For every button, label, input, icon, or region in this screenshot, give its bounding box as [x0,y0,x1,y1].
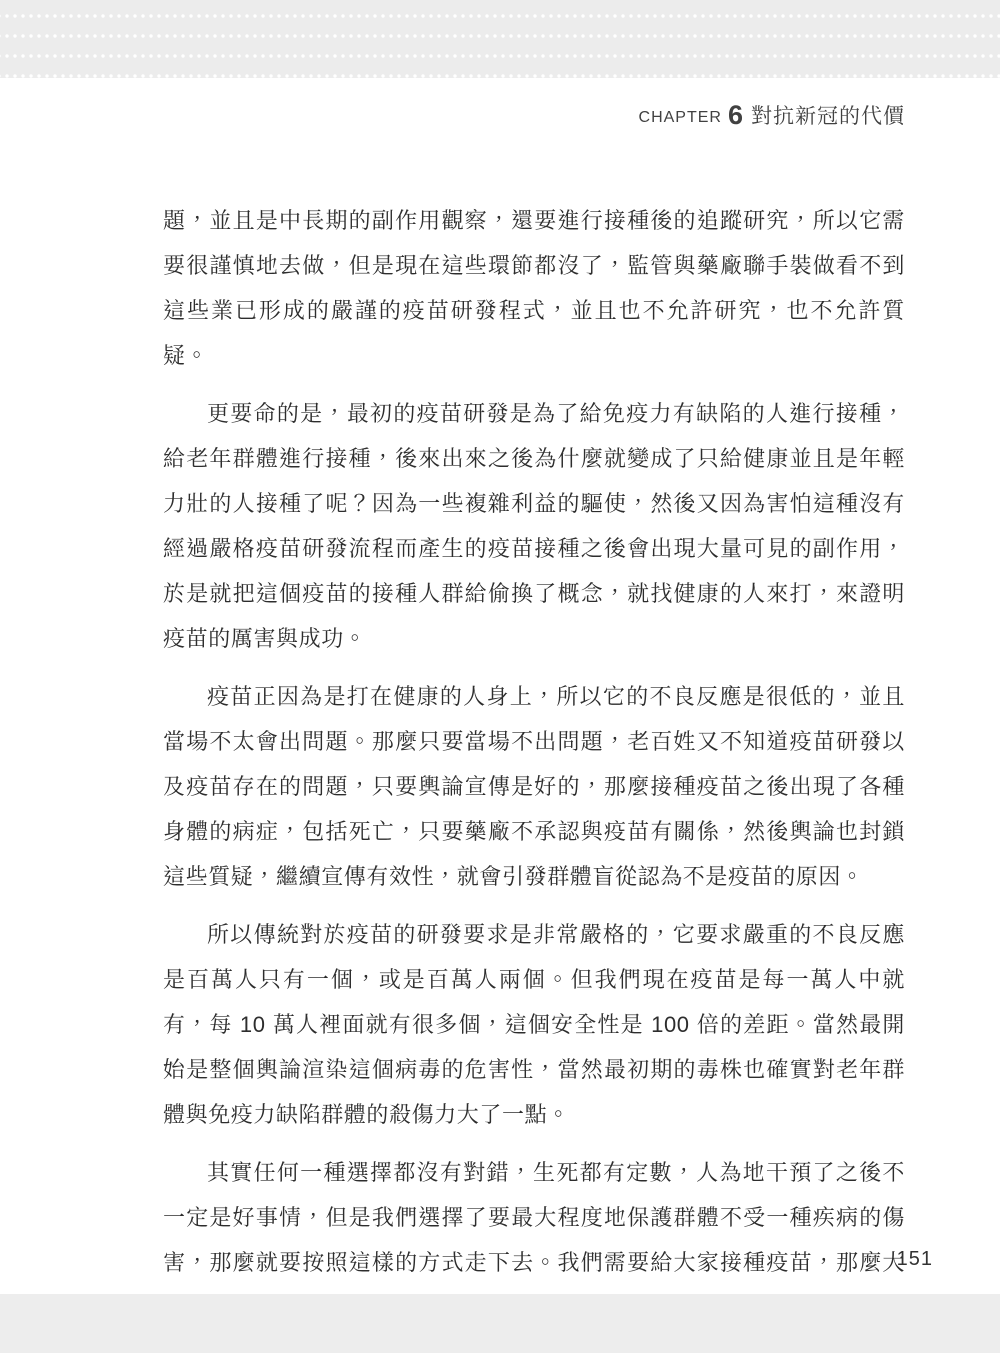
running-header: CHAPTER6對抗新冠的代價 [163,100,905,131]
top-dotted-band [0,0,1000,78]
chapter-title: 對抗新冠的代價 [751,105,905,128]
chapter-number: 6 [728,100,743,130]
book-page: CHAPTER6對抗新冠的代價 題，並且是中長期的副作用觀察，還要進行接種後的追… [0,0,1000,1353]
page-number: 151 [163,1248,933,1271]
body-paragraph: 題，並且是中長期的副作用觀察，還要進行接種後的追蹤研究，所以它需要很謹慎地去做，… [163,198,905,378]
body-paragraph: 所以傳統對於疫苗的研發要求是非常嚴格的，它要求嚴重的不良反應是百萬人只有一個，或… [163,912,905,1137]
body-paragraph: 疫苗正因為是打在健康的人身上，所以它的不良反應是很低的，並且當場不太會出問題。那… [163,674,905,899]
bottom-band [0,1294,1000,1353]
chapter-label: CHAPTER [639,109,722,126]
body-text-block: 題，並且是中長期的副作用觀察，還要進行接種後的追蹤研究，所以它需要很謹慎地去做，… [163,198,905,1343]
body-paragraph: 更要命的是，最初的疫苗研發是為了給免疫力有缺陷的人進行接種，給老年群體進行接種，… [163,391,905,661]
